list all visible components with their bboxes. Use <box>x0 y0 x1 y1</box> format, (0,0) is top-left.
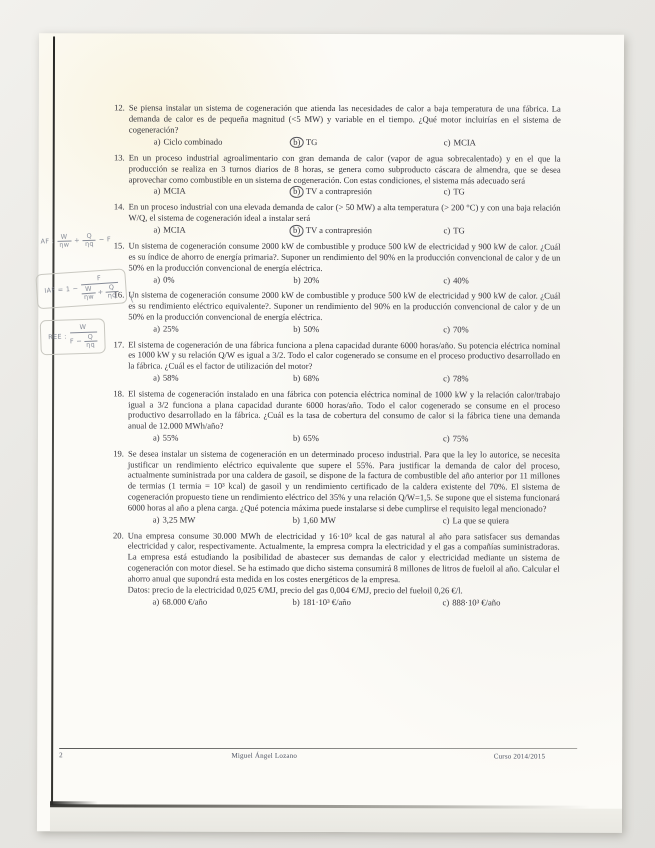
fraction-w-over-etaw: W ηw <box>57 233 72 248</box>
option-text: 3,25 MW <box>162 515 195 525</box>
option-b: b)50% <box>293 324 443 335</box>
option-key: c) <box>443 434 450 444</box>
option-key: a) <box>154 225 161 235</box>
question-item: 14.En un proceso industrial con una elev… <box>129 202 561 237</box>
question-number: 20. <box>106 530 124 541</box>
option-text: 70% <box>453 324 469 334</box>
question-number: 12. <box>107 102 125 113</box>
option-text: 888·10³ €/año <box>452 597 500 607</box>
option-c: c)MCIA <box>444 137 561 149</box>
option-key: a) <box>154 136 161 146</box>
question-number: 17. <box>106 339 124 350</box>
option-a: a)55% <box>153 433 293 444</box>
question-number: 18. <box>106 388 124 399</box>
option-key: c) <box>443 324 450 334</box>
question-item: 13.En un proceso industrial agroalimenta… <box>129 152 561 198</box>
option-text: Ciclo combinado <box>163 136 222 146</box>
options-row: a)55%b)65%c)75% <box>153 433 560 445</box>
question-text: Un sistema de cogeneración consume 2000 … <box>128 290 560 324</box>
option-text: MCIA <box>163 225 185 235</box>
question-data-line: Datos: precio de la electricidad 0,025 €… <box>128 585 560 597</box>
option-key: a) <box>153 324 160 334</box>
option-key-circled: b) <box>290 137 304 149</box>
option-key: c) <box>444 187 451 197</box>
question-text: Un sistema de cogeneración consume 2000 … <box>128 241 560 275</box>
option-key: c) <box>443 374 450 384</box>
option-text: 68.000 €/año <box>162 596 207 606</box>
option-text: TG <box>453 187 464 197</box>
option-a: a)MCIA <box>154 225 294 237</box>
option-text: TG <box>453 226 464 236</box>
option-key: b) <box>293 433 300 443</box>
page-footer: 2 Miguel Ángel Lozano Curso 2014/2015 <box>59 747 577 760</box>
question-item: 16.Un sistema de cogeneración consume 20… <box>128 290 560 336</box>
option-b: b)20% <box>293 275 443 286</box>
option-key: a) <box>153 596 160 606</box>
option-text: 25% <box>163 324 179 334</box>
option-key: c) <box>443 275 450 285</box>
option-text: 20% <box>304 275 320 285</box>
option-b: b)68% <box>293 373 443 384</box>
footer-divider <box>59 748 577 749</box>
option-c: c)TG <box>444 187 561 199</box>
page-spine-shadow <box>51 36 55 806</box>
option-text: TV a contrapresión <box>306 225 372 235</box>
question-text: Se piensa instalar un sistema de cogener… <box>129 102 561 136</box>
option-b: b)181·10³ €/año <box>293 597 443 608</box>
option-c: c)75% <box>443 434 560 445</box>
question-list: 12.Se piensa instalar un sistema de coge… <box>128 102 561 612</box>
option-c: c)TG <box>444 226 561 238</box>
option-text: TG <box>306 137 317 147</box>
option-key: b) <box>293 597 300 607</box>
formula-lhs: IAF = 1 − <box>44 286 78 295</box>
question-item: 12.Se piensa instalar un sistema de coge… <box>129 102 561 148</box>
option-a: a)Ciclo combinado <box>154 136 294 148</box>
option-key: b) <box>293 515 300 525</box>
option-a: a)25% <box>153 324 293 335</box>
option-text: 0% <box>163 275 174 285</box>
option-text: 65% <box>303 433 319 443</box>
option-a: a)3,25 MW <box>153 515 293 526</box>
question-text: En un proceso industrial con una elevada… <box>129 202 561 225</box>
option-key: a) <box>153 433 160 443</box>
question-item: 15.Un sistema de cogeneración consume 20… <box>128 241 560 287</box>
option-key: c) <box>444 226 451 236</box>
handwritten-formula-ree: REE : W F − Q ηq <box>40 318 106 355</box>
option-key: b) <box>293 373 300 383</box>
option-text: 1,60 MW <box>303 515 336 525</box>
option-key-circled: b) <box>290 186 304 198</box>
question-text: El sistema de cogeneración de una fábric… <box>128 339 560 373</box>
footer-author: Miguel Ángel Lozano <box>231 752 297 760</box>
option-b: b)1,60 MW <box>293 515 443 526</box>
option-key: c) <box>443 597 450 607</box>
option-text: 58% <box>163 373 179 383</box>
option-key: a) <box>153 275 160 285</box>
option-c: c)888·10³ €/año <box>443 597 560 608</box>
question-item: 19.Se desea instalar un sistema de cogen… <box>128 448 560 526</box>
question-item: 18.El sistema de cogeneración instalado … <box>128 388 560 445</box>
option-text: MCIA <box>163 186 185 196</box>
handwritten-formula-fuel-saving: AF : W ηw + Q ηq − F <box>40 232 111 249</box>
question-number: 14. <box>107 202 125 213</box>
option-c: c)70% <box>443 324 560 335</box>
option-c: c)La que se quiera <box>443 515 560 526</box>
option-key: b) <box>293 275 300 285</box>
formula-lhs: REE : <box>48 334 67 342</box>
option-key: c) <box>444 137 451 147</box>
option-text: 55% <box>163 433 179 443</box>
options-row: a)MCIAb)TV a contrapresiónc)TG <box>154 225 561 238</box>
option-b: b)TV a contrapresión <box>294 186 444 198</box>
option-c: c)78% <box>443 374 560 385</box>
options-row: a)58%b)68%c)78% <box>153 373 560 385</box>
question-text: En un proceso industrial agroalimentario… <box>129 152 561 186</box>
option-key: a) <box>153 373 160 383</box>
options-row: a)68.000 €/añob)181·10³ €/añoc)888·10³ €… <box>153 596 560 608</box>
handwritten-formula-iaf: IAF = 1 − F W ηw + Q ηq <box>35 268 127 309</box>
option-b: b)65% <box>293 433 443 444</box>
option-text: 78% <box>453 374 469 384</box>
option-key: a) <box>153 515 160 525</box>
option-text: 68% <box>303 373 319 383</box>
question-text: El sistema de cogeneración instalado en … <box>128 388 560 433</box>
option-text: 50% <box>303 324 319 334</box>
formula-operator: + <box>74 237 80 244</box>
fraction-f-over-sum: F W ηw + Q ηq <box>81 274 119 301</box>
option-key: c) <box>443 515 450 525</box>
document-page: 12.Se piensa instalar un sistema de coge… <box>37 33 624 833</box>
options-row: a)Ciclo combinadob)TGc)MCIA <box>154 136 561 149</box>
option-b: b)TV a contrapresión <box>294 225 444 237</box>
question-number: 13. <box>107 152 125 163</box>
page-bottom-shadow <box>50 807 622 832</box>
option-text: 40% <box>453 275 469 285</box>
fraction-q-over-etaq: Q ηq <box>83 233 96 248</box>
option-text: 181·10³ €/año <box>303 597 351 607</box>
options-row: a)3,25 MWb)1,60 MWc)La que se quiera <box>153 515 560 527</box>
page-number: 2 <box>59 751 63 759</box>
fraction-w-over-f-minus: W F − Q ηq <box>69 324 97 350</box>
option-text: MCIA <box>453 137 475 147</box>
option-a: a)68.000 €/año <box>153 596 293 607</box>
option-key: b) <box>293 324 300 334</box>
options-row: a)25%b)50%c)70% <box>153 324 560 336</box>
option-c: c)40% <box>443 275 560 286</box>
options-row: a)MCIAb)TV a contrapresiónc)TG <box>154 186 561 199</box>
option-text: La que se quiera <box>452 515 509 525</box>
question-item: 20.Una empresa consume 30.000 MWh de ele… <box>128 530 560 608</box>
question-text: Una empresa consume 30.000 MWh de electr… <box>128 530 560 586</box>
option-key: a) <box>154 186 161 196</box>
formula-tail: − F <box>99 236 111 243</box>
option-a: a)MCIA <box>154 186 294 198</box>
option-a: a)0% <box>153 275 293 286</box>
option-a: a)58% <box>153 373 293 384</box>
option-key-circled: b) <box>290 225 304 237</box>
question-text: Se desea instalar un sistema de cogenera… <box>128 448 560 515</box>
question-number: 19. <box>106 448 124 459</box>
options-row: a)0%b)20%c)40% <box>153 275 560 287</box>
footer-course: Curso 2014/2015 <box>494 752 577 760</box>
scan-background: 12.Se piensa instalar un sistema de coge… <box>0 0 655 848</box>
option-b: b)TG <box>294 137 444 149</box>
formula-lhs: AF : <box>40 238 54 245</box>
option-text: TV a contrapresión <box>306 186 372 196</box>
question-item: 17.El sistema de cogeneración de una fáb… <box>128 339 560 385</box>
option-text: 75% <box>453 434 469 444</box>
